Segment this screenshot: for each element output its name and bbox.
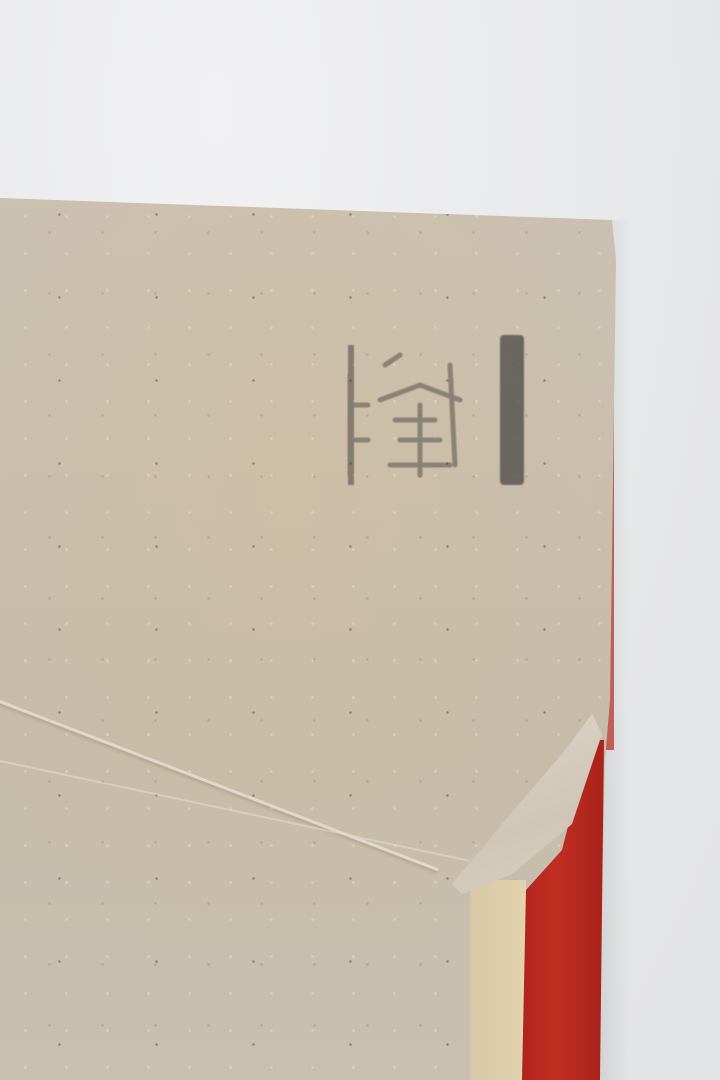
stamp-glyph	[340, 345, 490, 485]
photo-scene	[0, 0, 720, 1080]
ink-stamp	[340, 325, 540, 495]
exposed-backing-strip	[470, 880, 526, 1080]
stamp-bar	[500, 335, 524, 485]
